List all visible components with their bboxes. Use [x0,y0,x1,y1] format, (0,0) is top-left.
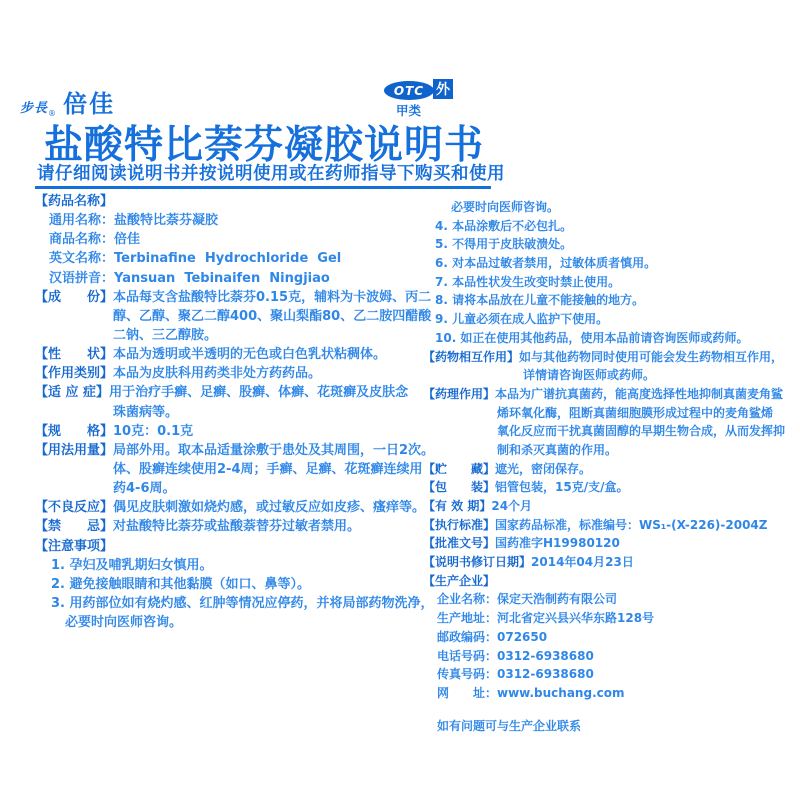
line-text: 醇、乙醇、聚乙二醇400、聚山梨酯80、乙二胺四醋酸 [113,309,431,324]
text-line: 【作用类别】本品为皮肤科用药类非处方药药品。 [35,364,427,383]
line-text: 通用名称：盐酸特比萘芬凝胶 [49,213,218,228]
section-tag: 【药理作用】 [423,387,495,401]
text-line: 6. 对本品过敏者禁用，过敏体质者慎用。 [423,254,793,273]
section-tag: 【说明书修订日期】 [423,555,531,569]
line-text: 本品为透明或半透明的无色或白色乳状粘稠体。 [113,347,386,362]
section-tag: 【包 装】 [423,480,495,494]
text-line: 药4-6周。 [35,479,427,498]
text-line: 【执行标准】国家药品标准，标准编号：WS₁-(X-226)-2004Z [423,516,793,535]
line-text: 传真号码：0312-6938680 [437,667,594,681]
line-text: 电话号码：0312-6938680 [437,649,594,663]
text-line: 二钠、三乙醇胺。 [35,326,427,345]
line-text: 6. 对本品过敏者禁用，过敏体质者慎用。 [435,256,656,270]
text-line: 网 址：www.buchang.com [423,684,793,703]
text-line: 制和杀灭真菌的作用。 [423,441,793,460]
line-text: 10克：0.1克 [113,424,193,439]
external-use-mark: 外 [433,79,453,99]
text-line: 【药理作用】本品为广谱抗真菌药，能高度选择性地抑制真菌麦角鲨 [423,385,793,404]
line-text: 烯环氧化酶，阻断真菌细胞膜形成过程中的麦角鲨烯 [497,406,773,420]
section-tag: 【适 应 症】 [35,385,109,400]
line-text: 局部外用。取本品适量涂敷于患处及其周围，一日2次。 [113,443,434,458]
line-text: 2. 避免接触眼睛和其他黏膜（如口、鼻等）。 [51,577,310,592]
section-tag: 【作用类别】 [35,366,113,381]
text-line: 详情请咨询医师或药师。 [423,366,793,385]
section-tag: 【禁 忌】 [35,519,113,534]
page-subtitle: 请仔细阅读说明书并按说明使用或在药师指导下购买和使用 [37,160,505,185]
line-text: 本品为皮肤科用药类非处方药药品。 [113,366,321,381]
line-text: 药4-6周。 [113,481,176,496]
line-text: 商品名称：倍佳 [49,232,140,247]
line-text: 如有问题可与生产企业联系 [437,719,581,733]
section-tag: 【规 格】 [35,424,113,439]
section-tag: 【批准文号】 [423,536,495,550]
text-line: 10. 如正在使用其他药品，使用本品前请咨询医师或药师。 [423,329,793,348]
text-line: 企业名称：保定天浩制药有限公司 [423,590,793,609]
line-text: 企业名称：保定天浩制药有限公司 [437,592,617,606]
line-text: 必要时向医师咨询。 [65,615,182,630]
text-line: 【药品名称】 [35,192,427,211]
line-text: 氧化反应而干扰真菌固醇的早期生物合成，从而发挥抑 [497,424,785,438]
section-tag: 【药物相互作用】 [423,350,519,364]
text-line: 【规 格】10克：0.1克 [35,422,427,441]
line-text: 必要时向医师咨询。 [451,200,559,214]
text-line: 如有问题可与生产企业联系 [423,717,793,736]
external-use-label: 外 [436,79,450,99]
text-line: 体、股癣连续使用2-4周；手癣、足癣、花斑癣连续用 [35,460,427,479]
text-line: 【说明书修订日期】2014年04月23日 [423,553,793,572]
text-line: 3. 用药部位如有烧灼感、红肿等情况应停药，并将局部药物洗净， [35,594,427,613]
line-text: 汉语拼音：Yansuan Tebinaifen Ningjiao [49,271,330,286]
text-line: 【成 份】本品每支含盐酸特比萘芬0.15克，辅料为卡波姆、丙二 [35,288,427,307]
text-line: 【批准文号】国药准字H19980120 [423,534,793,553]
section-tag: 【贮 藏】 [423,462,495,476]
section-tag: 【成 份】 [35,290,113,305]
text-line: 2. 避免接触眼睛和其他黏膜（如口、鼻等）。 [35,575,427,594]
header-divider [35,186,491,189]
line-text: 用于治疗手癣、足癣、股癣、体癣、花斑癣及皮肤念 [109,385,408,400]
text-line: 电话号码：0312-6938680 [423,647,793,666]
otc-badge: OTC [384,81,434,100]
line-text: 偶见皮肤刺激如烧灼感，或过敏反应如皮疹、瘙痒等。 [113,500,425,515]
text-line: 9. 儿童必须在成人监护下使用。 [423,310,793,329]
text-line: 5. 不得用于皮肤破溃处。 [423,235,793,254]
section-tag: 【药品名称】 [35,194,113,209]
line-text: 7. 本品性状发生改变时禁止使用。 [435,275,620,289]
line-text: 9. 儿童必须在成人监护下使用。 [435,312,608,326]
text-line: 【有 效 期】24个月 [423,497,793,516]
text-line: 珠菌病等。 [35,403,427,422]
text-line: 【包 装】铝管包装，15克/支/盒。 [423,478,793,497]
left-column: 【药品名称】 通用名称：盐酸特比萘芬凝胶 商品名称：倍佳 英文名称：Terbin… [35,192,427,632]
line-text: 生产地址：河北省定兴县兴华东路128号 [437,611,654,625]
line-text: 4. 本品涂敷后不必包扎。 [435,219,572,233]
text-line: 【禁 忌】对盐酸特比萘芬或盐酸萘替芬过敏者禁用。 [35,517,427,536]
right-column: 必要时向医师咨询。 4. 本品涂敷后不必包扎。 5. 不得用于皮肤破溃处。 6.… [423,198,793,735]
line-text: 铝管包装，15克/支/盒。 [495,480,628,494]
text-line: 8. 请将本品放在儿童不能接触的地方。 [423,291,793,310]
section-tag: 【性 状】 [35,347,113,362]
line-text: 珠菌病等。 [113,405,178,420]
text-line: 4. 本品涂敷后不必包扎。 [423,217,793,236]
text-line: 烯环氧化酶，阻断真菌细胞膜形成过程中的麦角鲨烯 [423,404,793,423]
section-tag: 【注意事项】 [35,539,113,554]
line-text: 5. 不得用于皮肤破溃处。 [435,237,572,251]
text-line: 传真号码：0312-6938680 [423,665,793,684]
text-line: 【适 应 症】用于治疗手癣、足癣、股癣、体癣、花斑癣及皮肤念 [35,383,427,402]
line-text: 邮政编码：072650 [437,630,547,644]
line-text: 二钠、三乙醇胺。 [113,328,217,343]
line-text: 24个月 [491,499,532,513]
text-line: 商品名称：倍佳 [35,230,427,249]
text-line: 【不良反应】偶见皮肤刺激如烧灼感，或过敏反应如皮疹、瘙痒等。 [35,498,427,517]
text-line: 必要时向医师咨询。 [423,198,793,217]
text-line: 【生产企业】 [423,572,793,591]
line-text: 遮光，密闭保存。 [495,462,591,476]
text-line: 1. 孕妇及哺乳期妇女慎用。 [35,556,427,575]
line-text: 国家药品标准，标准编号：WS₁-(X-226)-2004Z [495,518,767,532]
line-text: 体、股癣连续使用2-4周；手癣、足癣、花斑癣连续用 [113,462,423,477]
line-text: 本品为广谱抗真菌药，能高度选择性地抑制真菌麦角鲨 [495,387,783,401]
line-text: 1. 孕妇及哺乳期妇女慎用。 [51,558,213,573]
text-line: 醇、乙醇、聚乙二醇400、聚山梨酯80、乙二胺四醋酸 [35,307,427,326]
text-line: 【性 状】本品为透明或半透明的无色或白色乳状粘稠体。 [35,345,427,364]
section-tag: 【生产企业】 [423,574,495,588]
text-line: 英文名称：Terbinafine Hydrochloride Gel [35,249,427,268]
text-line: 7. 本品性状发生改变时禁止使用。 [423,273,793,292]
section-tag: 【用法用量】 [35,443,113,458]
line-text: 详情请咨询医师或药师。 [523,368,655,382]
line-text: 国药准字H19980120 [495,536,620,550]
text-line: 氧化反应而干扰真菌固醇的早期生物合成，从而发挥抑 [423,422,793,441]
line-text: 本品每支含盐酸特比萘芬0.15克，辅料为卡波姆、丙二 [113,290,431,305]
line-text: 8. 请将本品放在儿童不能接触的地方。 [435,293,644,307]
line-text: 制和杀灭真菌的作用。 [497,443,617,457]
line-text: 2014年04月23日 [531,555,634,569]
text-line: 通用名称：盐酸特比萘芬凝胶 [35,211,427,230]
line-text: 3. 用药部位如有烧灼感、红肿等情况应停药，并将局部药物洗净， [51,596,434,611]
text-line: 必要时向医师咨询。 [35,613,427,632]
section-tag: 【有 效 期】 [423,499,491,513]
section-tag: 【不良反应】 [35,500,113,515]
line-text: 如与其他药物同时使用可能会发生药物相互作用， [519,350,783,364]
text-line: 汉语拼音：Yansuan Tebinaifen Ningjiao [35,269,427,288]
otc-badge-label: OTC [394,84,424,98]
line-text: 10. 如正在使用其他药品，使用本品前请咨询医师或药师。 [435,331,748,345]
line-text: 英文名称：Terbinafine Hydrochloride Gel [49,251,341,266]
leaflet-sheet: 步長® 倍佳 OTC 甲类 外 盐酸特比萘芬凝胶说明书 请仔细阅读说明书并按说明… [0,0,800,800]
text-line: 【用法用量】局部外用。取本品适量涂敷于患处及其周围，一日2次。 [35,441,427,460]
text-line: 【贮 藏】遮光，密闭保存。 [423,460,793,479]
line-text: 网 址：www.buchang.com [437,686,625,700]
text-line: 【药物相互作用】如与其他药物同时使用可能会发生药物相互作用， [423,348,793,367]
text-line: 邮政编码：072650 [423,628,793,647]
text-line: 生产地址：河北省定兴县兴华东路128号 [423,609,793,628]
line-text: 对盐酸特比萘芬或盐酸萘替芬过敏者禁用。 [113,519,360,534]
text-line: 【注意事项】 [35,537,427,556]
section-tag: 【执行标准】 [423,518,495,532]
